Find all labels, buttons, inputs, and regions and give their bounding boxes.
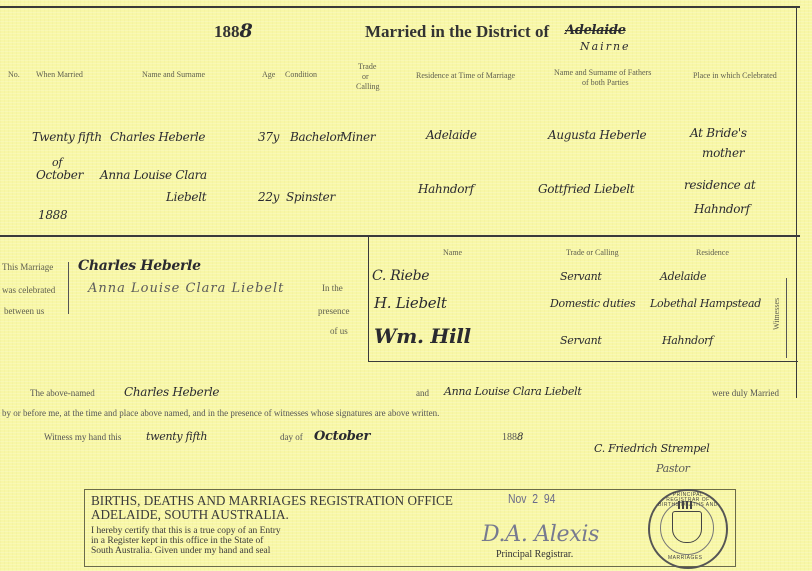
bride-name-1: Anna Louise Clara xyxy=(100,168,207,182)
celebration-bracket xyxy=(68,262,69,314)
col-name-surname: Name and Surname xyxy=(142,70,205,79)
celebrated-label-1: This Marriage xyxy=(2,262,53,272)
place-4: Hahndorf xyxy=(694,202,750,216)
col-fathers-2: of both Parties xyxy=(582,78,629,87)
duly-married-label: were duly Married xyxy=(712,388,779,398)
witness-1-name: C. Riebe xyxy=(372,268,429,284)
witness-2-trade: Domestic duties xyxy=(550,297,635,310)
of-us-label: of us xyxy=(330,326,348,336)
registrar-title: Principal Registrar. xyxy=(496,549,573,560)
month-written: October xyxy=(314,429,370,444)
seal-shield-icon xyxy=(672,511,702,543)
place-3: residence at xyxy=(684,178,755,192)
declaration-line2: by or before me, at the time and place a… xyxy=(2,408,439,418)
col-place: Place in which Celebrated xyxy=(693,71,777,80)
district-written: Nairne xyxy=(580,40,631,53)
page-title: Married in the District of xyxy=(365,22,549,42)
certify-line-2: in a Register kept in this office in the… xyxy=(91,536,263,546)
year-digit: 8 xyxy=(240,20,253,42)
col-no: No. xyxy=(8,70,20,79)
witnesses-side-label: Witnesses xyxy=(772,298,781,330)
bride-age: 22y xyxy=(258,190,279,204)
groom-residence: Adelaide xyxy=(426,128,477,142)
bride-name-2: Liebelt xyxy=(166,190,206,204)
registry-seal-icon: PRINCIPAL REGISTRAR OF BIRTHS DEATHS AND… xyxy=(648,489,728,569)
witness-col-name: Name xyxy=(443,248,462,257)
witness-1-trade: Servant xyxy=(560,270,601,283)
witness-col-trade: Trade or Calling xyxy=(566,248,619,257)
officiant-signature: C. Friedrich Strempel xyxy=(594,442,709,455)
groom-father: Augusta Heberle xyxy=(548,128,646,142)
witness-bracket xyxy=(786,278,787,358)
bride-condition: Spinster xyxy=(286,190,335,204)
year-header: 1888 xyxy=(214,20,252,42)
presence-label: presence xyxy=(318,306,349,316)
seal-text-bottom: MARRIAGES xyxy=(668,555,703,561)
declaration-groom: Charles Heberle xyxy=(124,385,219,399)
col-condition: Condition xyxy=(285,70,317,79)
certify-line-1: I hereby certify that this is a true cop… xyxy=(91,526,281,536)
groom-age: 37y xyxy=(258,130,279,144)
col-fathers-1: Name and Surname of Fathers xyxy=(554,68,651,77)
col-trade-3: Calling xyxy=(356,82,380,91)
top-rule xyxy=(0,6,800,8)
groom-trade: Miner xyxy=(340,130,375,144)
celebrated-label-2: was celebrated xyxy=(2,285,55,295)
and-label: and xyxy=(416,388,429,398)
date-stamp: Nov 2 94 xyxy=(508,491,555,506)
col-trade-1: Trade xyxy=(358,62,376,71)
registrar-signature: D.A. Alexis xyxy=(482,522,599,547)
celebrated-label-3: between us xyxy=(4,306,44,316)
day-of-label: day of xyxy=(280,432,303,442)
seal-text-top: PRINCIPAL REGISTRAR OF BIRTHS DEATHS AND xyxy=(656,493,720,508)
when-married-3: October xyxy=(36,168,83,182)
col-age: Age xyxy=(262,70,275,79)
witness-col-residence: Residence xyxy=(696,248,729,257)
in-the-label: In the xyxy=(322,283,343,293)
place-2: mother xyxy=(702,146,744,160)
declaration-year: 1888 xyxy=(502,432,523,443)
place-1: At Bride's xyxy=(690,126,747,140)
witness-2-residence: Lobethal Hampstead xyxy=(650,297,761,310)
right-border xyxy=(796,6,797,398)
groom-name: Charles Heberle xyxy=(110,130,205,144)
col-trade-2: or xyxy=(362,72,369,81)
witness-1-residence: Adelaide xyxy=(660,270,706,283)
groom-signature: Charles Heberle xyxy=(78,258,201,274)
groom-condition: Bachelor xyxy=(290,130,342,144)
col-when-married: When Married xyxy=(36,70,83,79)
witness-3-trade: Servant xyxy=(560,334,601,347)
above-named-label: The above-named xyxy=(30,388,95,398)
witness-box-left xyxy=(368,236,369,362)
officiant-title: Pastor xyxy=(656,462,690,475)
entry-bottom-rule xyxy=(0,235,800,237)
witness-hand-label: Witness my hand this xyxy=(44,432,121,442)
witness-2-name: H. Liebelt xyxy=(374,294,447,312)
witness-box-bottom xyxy=(368,361,798,362)
certify-line-3: South Australia. Given under my hand and… xyxy=(91,546,270,556)
district-struck: Adelaide xyxy=(565,23,626,38)
office-line-2: ADELAIDE, SOUTH AUSTRALIA. xyxy=(91,507,289,523)
bride-residence: Hahndorf xyxy=(418,182,474,196)
when-married-1: Twenty fifth xyxy=(32,130,102,144)
when-married-4: 1888 xyxy=(38,208,67,222)
col-residence: Residence at Time of Marriage xyxy=(416,71,515,80)
declaration-bride: Anna Louise Clara Liebelt xyxy=(444,385,581,398)
witness-3-residence: Hahndorf xyxy=(662,334,713,347)
witness-3-name: Wm. Hill xyxy=(374,324,471,348)
bride-signature: Anna Louise Clara Liebelt xyxy=(88,281,284,296)
day-written: twenty fifth xyxy=(146,430,207,443)
bride-father: Gottfried Liebelt xyxy=(538,182,634,196)
